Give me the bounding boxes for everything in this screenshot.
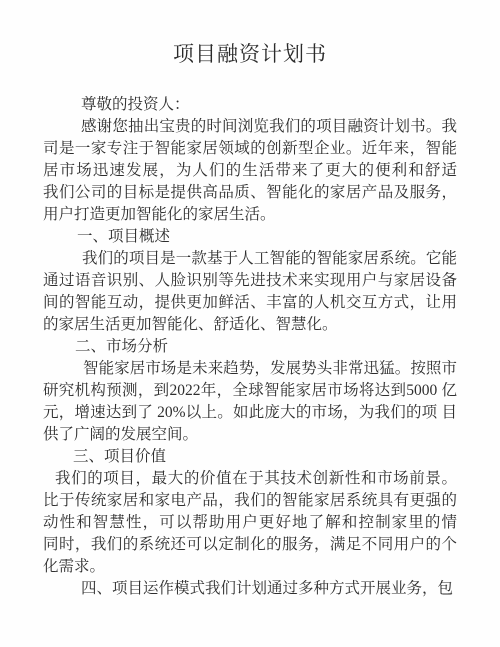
text-line: 同时，我们的系统还可以定制化的服务，满足不同用户的个性 [43,534,457,556]
text-line: 居市场迅速发展，为人们的生活带来了更大的便利和舒适度。 [43,160,457,182]
text-line: 的家居生活更加智能化、舒适化、智慧化。 [43,314,457,336]
text-line: 供了广阔的发展空间。 [43,424,457,446]
text-line: 我们的项目，最大的价值在于其技术创新性和市场前景。 相 [43,468,457,490]
text-line: 动性和智慧性，可以帮助用户更好地了解和控制家里的情况。 [43,512,457,534]
text-line: 研究机构预测，到2022年，全球智能家居市场将达到5000 亿美 [43,380,457,402]
text-line: 智能家居市场是未来趋势，发展势头非常迅猛。按照市 场 [43,358,457,380]
text-line: 元，增速达到了 20%以上。如此庞大的市场，为我们的项 目提 [43,402,457,424]
text-line: 间的智能互动，提供更加鲜活、丰富的人机交互方式，让用 户 [43,292,457,314]
text-line: 一、项目概述 [43,226,457,248]
text-line: 我们的项目是一款基于人工智能的智能家居系统。它能 够 [43,248,457,270]
text-line: 二、市场分析 [43,336,457,358]
text-line: 四、项目运作模式我们计划通过多种方式开展业务，包 [43,578,457,600]
document-title: 项目融资计划书 [0,38,500,68]
text-line: 司是一家专注于智能家居领域的创新型企业。近年来，智能 家 [43,138,457,160]
text-line: 通过语音识别、人脸识别等先进技术来实现用户与家居设备 之 [43,270,457,292]
text-line: 我们公司的目标是提供高品质、智能化的家居产品及服务，为 [43,182,457,204]
text-line: 尊敬的投资人： [43,94,457,116]
page: 项目融资计划书 尊敬的投资人：感谢您抽出宝贵的时间浏览我们的项目融资计划书。我 … [0,0,500,647]
text-line: 感谢您抽出宝贵的时间浏览我们的项目融资计划书。我 公 [43,116,457,138]
text-line: 化需求。 [43,556,457,578]
text-line: 三、项目价值 [43,446,457,468]
text-line: 比于传统家居和家电产品，我们的智能家居系统具有更强的 互 [43,490,457,512]
document-body: 尊敬的投资人：感谢您抽出宝贵的时间浏览我们的项目融资计划书。我 公司是一家专注于… [43,94,457,600]
text-line: 用户打造更加智能化的家居生活。 [43,204,457,226]
